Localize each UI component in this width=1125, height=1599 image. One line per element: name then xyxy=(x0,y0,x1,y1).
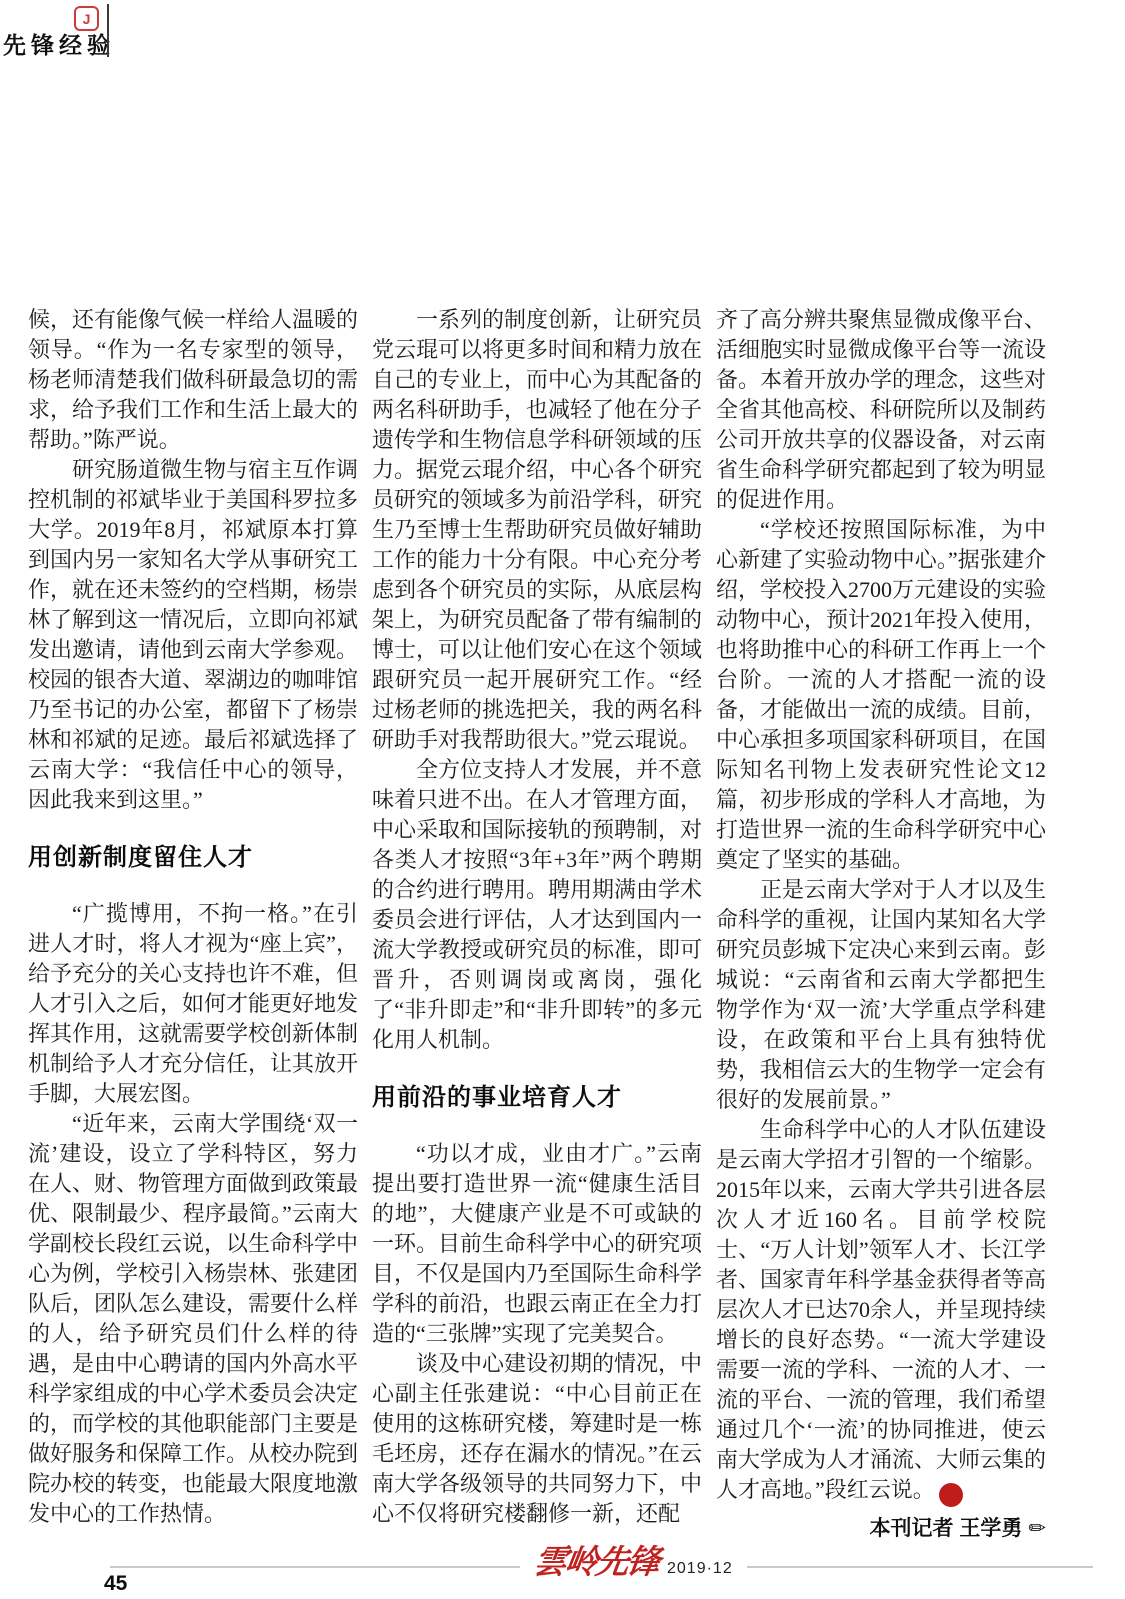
paragraph: 正是云南大学对于人才以及生命科学的重视，让国内某知名大学研究员彭城下定决心来到云… xyxy=(716,875,1046,1115)
paragraph: 一系列的制度创新，让研究员党云琨可以将更多时间和精力放在自己的专业上，而中心为其… xyxy=(372,305,702,755)
paragraph: “学校还按照国际标准，为中心新建了实验动物中心。”据张建介绍，学校投入2700万… xyxy=(716,515,1046,875)
pencil-icon: ✏ xyxy=(1028,1516,1046,1540)
page-number: 45 xyxy=(104,1572,127,1596)
paragraph: 谈及中心建设初期的情况，中心副主任张建说：“中心目前正在使用的这栋研究楼，筹建时… xyxy=(372,1349,702,1529)
magazine-logo: 雲岭先锋 xyxy=(531,1541,661,1583)
section-heading: 用前沿的事业培育人才 xyxy=(372,1081,702,1115)
article-end-mark-icon: 云 xyxy=(939,1483,963,1507)
article-body: 候，还有能像气候一样给人温暖的领导。“作为一名专家型的领导，杨老师清楚我们做科研… xyxy=(28,305,1046,1544)
paragraph: 研究肠道微生物与宿主互作调控机制的祁斌毕业于美国科罗拉多大学。2019年8月，祁… xyxy=(28,455,358,815)
section-heading: 用创新制度留住人才 xyxy=(28,841,358,875)
paragraph: “广揽博用，不拘一格。”在引进人才时，将人才视为“座上宾”，给予充分的关心支持也… xyxy=(28,899,358,1109)
paragraph: 全方位支持人才发展，并不意味着只进不出。在人才管理方面，中心采取和国际接轨的预聘… xyxy=(372,755,702,1055)
column-2: 一系列的制度创新，让研究员党云琨可以将更多时间和精力放在自己的专业上，而中心为其… xyxy=(372,305,702,1544)
paragraph: “近年来，云南大学围绕‘双一流’建设，设立了学科特区，努力在人、财、物管理方面做… xyxy=(28,1109,358,1529)
byline-text: 本刊记者 王学勇 xyxy=(870,1517,1023,1540)
magazine-page: J 先锋经验 候，还有能像气候一样给人温暖的领导。“作为一名专家型的领导，杨老师… xyxy=(0,0,1125,1599)
paragraph: “功以才成，业由才广。”云南提出要打造世界一流“健康生活目的地”，大健康产业是不… xyxy=(372,1139,702,1349)
header-divider xyxy=(107,4,109,57)
byline: 本刊记者 王学勇✏ xyxy=(716,1513,1046,1544)
footer-logo: 雲岭先锋 2019·12 xyxy=(520,1541,747,1583)
paragraph: 齐了高分辨共聚焦显微成像平台、活细胞实时显微成像平台等一流设备。本着开放办学的理… xyxy=(716,305,1046,515)
section-title: 先锋经验 xyxy=(3,27,115,60)
column-3: 齐了高分辨共聚焦显微成像平台、活细胞实时显微成像平台等一流设备。本着开放办学的理… xyxy=(716,305,1046,1544)
paragraph-text: 生命科学中心的人才队伍建设是云南大学招才引智的一个缩影。2015年以来，云南大学… xyxy=(716,1117,1046,1502)
paragraph: 候，还有能像气候一样给人温暖的领导。“作为一名专家型的领导，杨老师清楚我们做科研… xyxy=(28,305,358,455)
paragraph: 生命科学中心的人才队伍建设是云南大学招才引智的一个缩影。2015年以来，云南大学… xyxy=(716,1115,1046,1507)
issue-number: 2019·12 xyxy=(667,1560,733,1578)
column-1: 候，还有能像气候一样给人温暖的领导。“作为一名专家型的领导，杨老师清楚我们做科研… xyxy=(28,305,358,1544)
